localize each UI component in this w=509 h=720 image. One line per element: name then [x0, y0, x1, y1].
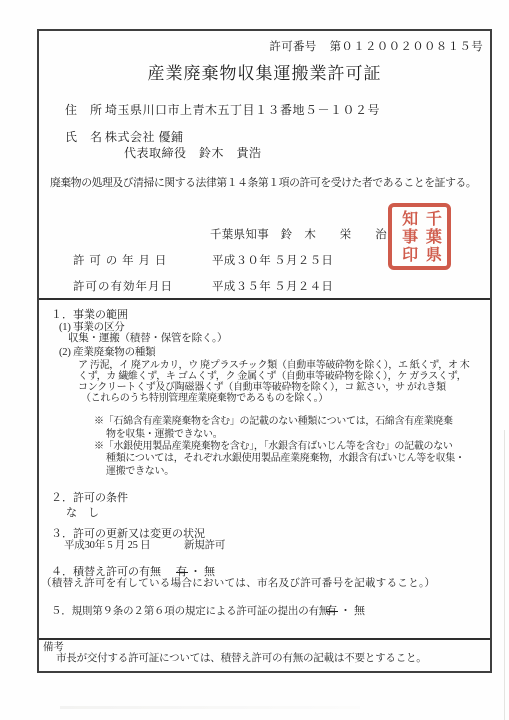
address-label: 住 所 — [65, 104, 103, 118]
section5-yes-no: 有・無 — [326, 605, 366, 618]
permit-number-label: 許可番号 — [269, 41, 316, 54]
certificate-body-section: １．事業の範囲 (1) 事業の区分 収集・運搬（積替・保管を除く。） (2) 産… — [39, 298, 490, 640]
mercury-note-line: 運搬できない。 — [106, 466, 174, 478]
section2-value: な し — [66, 507, 99, 520]
option-no: 無 — [204, 566, 216, 579]
mercury-note-line: 種類については，それぞれ水銀使用製品産業廃棄物，水銀含有ばいじん等を収集・ — [106, 453, 465, 465]
section3-date: 平成30年 5 月 25 日 — [64, 540, 150, 552]
remarks-section: 備考 市長が交付する許可証については、積替え許可の有無の記載は不要とすること。 — [39, 640, 490, 669]
name-label: 氏 名 — [65, 131, 103, 145]
waste-types-line: ア 汚泥，イ 廃アルカリ，ウ 廃プラスチック類（自動車等破砕物を除く），エ 紙く… — [78, 360, 470, 372]
permit-certificate: 許可番号 第０１２００２００８１５号 産業廃棄物収集運搬業許可証 住 所 埼玉県… — [37, 29, 492, 673]
waste-types-line: くず，カ 繊維くず，キ ゴムくず，ク 金属くず（自動車等破砕物を除く），ケ ガラ… — [78, 371, 466, 383]
option-separator: ・ — [190, 566, 202, 579]
section1-division-value: 収集・運搬（積替・保管を除く。） — [68, 333, 227, 345]
issue-date-label: 許 可 の 年 月 日 — [73, 255, 167, 268]
representative-value: 代表取締役 鈴木 貴浩 — [124, 147, 262, 161]
permit-number-row: 許可番号 第０１２００２００８１５号 — [269, 41, 483, 54]
option-yes-struck: 有 — [176, 566, 188, 579]
seal-text-left-column: 知事印 — [400, 210, 416, 264]
scanned-permit-page: 許可番号 第０１２００２００８１５号 産業廃棄物収集運搬業許可証 住 所 埼玉県… — [0, 0, 509, 720]
scan-artifact-right-edge — [504, 430, 505, 720]
address-value: 埼玉県川口市上青木五丁目１３番地５－１０２号 — [105, 104, 380, 118]
permit-number-value: 第０１２００２００８１５号 — [330, 41, 483, 54]
scan-artifact-bottom — [60, 706, 360, 709]
option-separator: ・ — [340, 605, 352, 618]
asbestos-note-line: ※「石綿含有産業廃棄物を含む」の記載のない種類については，石綿含有産業廃棄 — [94, 416, 453, 428]
valid-date-label: 許可の有効年月日 — [73, 281, 173, 294]
section4-yes-no: 有・無 — [176, 566, 216, 579]
section5-heading: ５．規則第９条の２第６項の規定による許可証の提出の有無 — [51, 606, 329, 618]
mercury-note-line: ※「水銀使用製品産業廃棄物を含む」，「水銀含有ばいじん等を含む」の記載のない — [94, 441, 453, 453]
issuer-governor-name: 千葉県知事 鈴 木 栄 治 — [210, 229, 387, 242]
section1-types-label: (2) 産業廃棄物の種類 — [59, 347, 155, 359]
section4-note: （積替え許可を有している場合においては、市名及び許可番号を記載すること。） — [41, 578, 435, 590]
section3-status: 新規許可 — [184, 540, 225, 552]
governor-red-seal: 千葉県 知事印 — [388, 203, 451, 270]
section4-heading: ４．積替え許可の有無 — [51, 566, 161, 579]
certification-statement: 廃棄物の処理及び清掃に関する法律第１４条第１項の許可を受けた者であることを証する… — [50, 177, 476, 189]
waste-types-line: コンクリートくず及び陶磁器くず（自動車等破砕物を除く），コ 鉱さい，サ がれき類 — [78, 382, 446, 394]
section3-heading: ３．許可の更新又は変更の状況 — [51, 528, 205, 541]
asbestos-note-line: 物を収集・運搬できない。 — [106, 429, 222, 441]
remarks-text: 市長が交付する許可証については、積替え許可の有無の記載は不要とすること。 — [56, 653, 427, 665]
issue-date-value: 平成３０年 ５月２５日 — [212, 255, 333, 268]
name-value: 株式会社 優鋪 — [105, 131, 184, 145]
option-no: 無 — [354, 605, 366, 618]
certificate-header-section: 許可番号 第０１２００２００８１５号 産業廃棄物収集運搬業許可証 住 所 埼玉県… — [39, 31, 490, 298]
section2-heading: ２．許可の条件 — [51, 492, 128, 505]
option-yes-struck: 有 — [326, 605, 338, 618]
valid-date-value: 平成３５年 ５月２４日 — [212, 281, 333, 294]
section1-heading: １．事業の範囲 — [51, 309, 128, 322]
waste-types-line: （これらのうち特別管理産業廃棄物であるものを除く。） — [81, 393, 328, 405]
seal-text-right-column: 千葉県 — [423, 210, 439, 264]
document-title: 産業廃棄物収集運搬業許可証 — [39, 64, 490, 84]
